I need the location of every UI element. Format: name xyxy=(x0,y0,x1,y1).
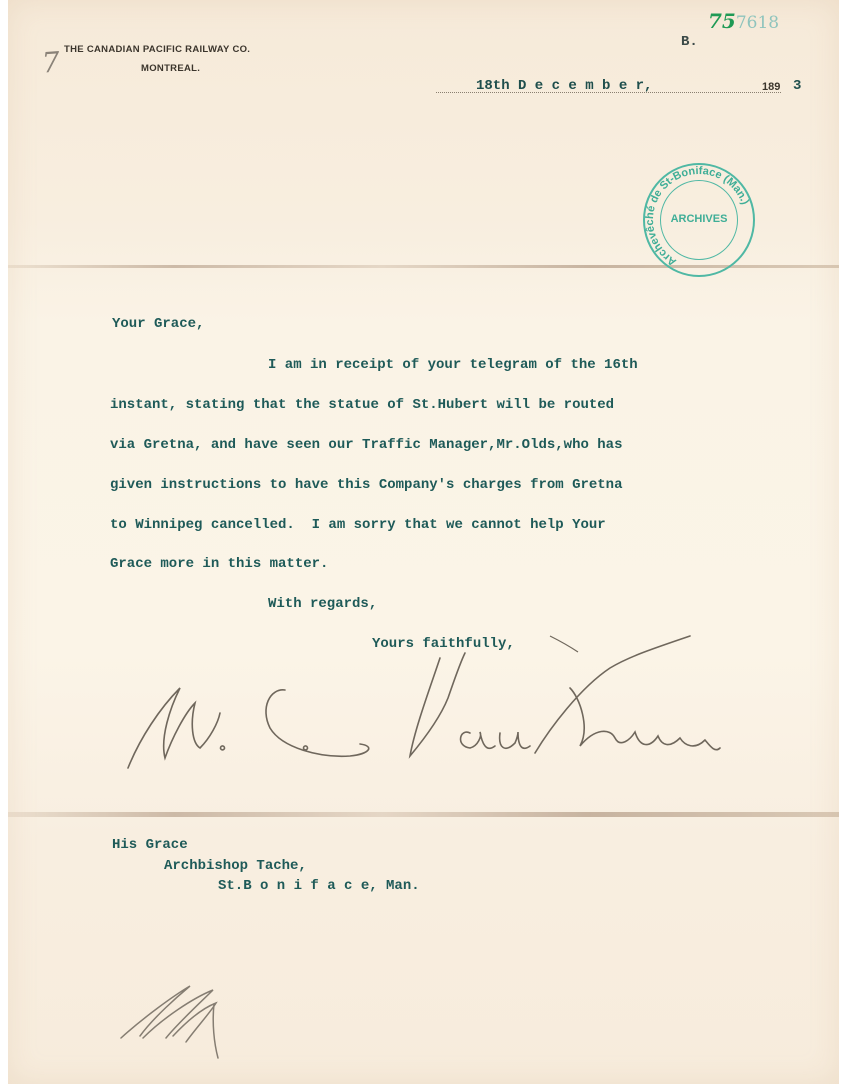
series-mark: B. xyxy=(681,34,698,50)
archive-number: 757618 xyxy=(708,9,779,33)
salutation: Your Grace, xyxy=(112,316,204,332)
body-line: instant, stating that the statue of St.H… xyxy=(110,397,614,413)
body-line: via Gretna, and have seen our Traffic Ma… xyxy=(110,437,622,453)
stamp-center-text: ARCHIVES xyxy=(645,213,753,225)
letterhead-company: THE CANADIAN PACIFIC RAILWAY CO. xyxy=(64,44,250,55)
date-year-prefix: 189 xyxy=(762,81,780,93)
signature-icon xyxy=(110,628,750,778)
body-line: I am in receipt of your telegram of the … xyxy=(268,357,638,373)
initials-icon xyxy=(118,978,238,1068)
letterhead-city: MONTREAL. xyxy=(141,63,200,74)
archive-number-handwritten: 75 xyxy=(708,9,736,33)
body-line: Grace more in this matter. xyxy=(110,556,328,572)
letter-paper xyxy=(8,0,839,1084)
address-line-1: His Grace xyxy=(112,837,188,853)
pencil-mark: 7 xyxy=(41,45,61,79)
address-line-2: Archbishop Tache, xyxy=(164,858,307,874)
body-line: given instructions to have this Company'… xyxy=(110,477,622,493)
fold-line-lower xyxy=(8,812,839,817)
archive-number-stamped: 7618 xyxy=(736,13,779,33)
date-year-digit: 3 xyxy=(793,78,801,94)
body-line: to Winnipeg cancelled. I am sorry that w… xyxy=(110,517,606,533)
regards-line: With regards, xyxy=(268,596,377,612)
address-line-3: St.B o n i f a c e, Man. xyxy=(218,878,420,894)
archives-stamp: Archevêché de St-Boniface (Man.) ARCHIVE… xyxy=(643,163,755,277)
date-day-month: 18th D e c e m b e r, xyxy=(476,78,652,94)
